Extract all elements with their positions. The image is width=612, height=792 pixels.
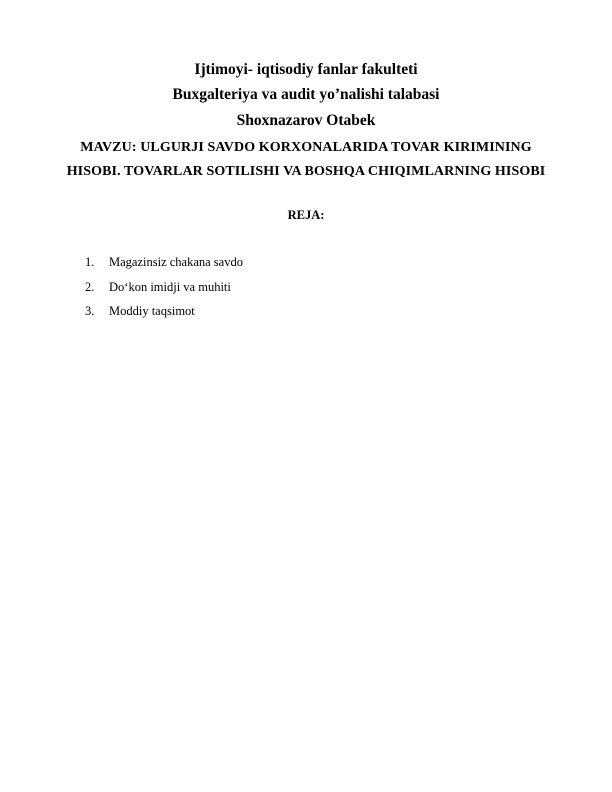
list-item: 1. Magazinsiz chakana savdo <box>85 255 243 280</box>
list-item-number: 1. <box>85 255 109 280</box>
list-item-number: 3. <box>85 304 109 329</box>
faculty-heading: Ijtimoyi- iqtisodiy fanlar fakulteti <box>0 61 612 79</box>
direction-heading: Buxgalteriya va audit yo’nalishi talabas… <box>0 86 612 104</box>
list-item: 3. Moddiy taqsimot <box>85 304 243 329</box>
plan-list: 1. Magazinsiz chakana savdo 2. Do‘kon im… <box>85 255 243 329</box>
student-name: Shoxnazarov Otabek <box>0 112 612 130</box>
list-item-text: Magazinsiz chakana savdo <box>109 255 243 280</box>
plan-title: REJA: <box>0 208 612 223</box>
list-item-number: 2. <box>85 280 109 305</box>
list-item: 2. Do‘kon imidji va muhiti <box>85 280 243 305</box>
list-item-text: Moddiy taqsimot <box>109 304 195 329</box>
list-item-text: Do‘kon imidji va muhiti <box>109 280 231 305</box>
topic-line-1: MAVZU: ULGURJI SAVDO KORXONALARIDA TOVAR… <box>0 140 612 156</box>
topic-line-2: HISOBI. TOVARLAR SOTILISHI VA BOSHQA CHI… <box>0 164 612 180</box>
